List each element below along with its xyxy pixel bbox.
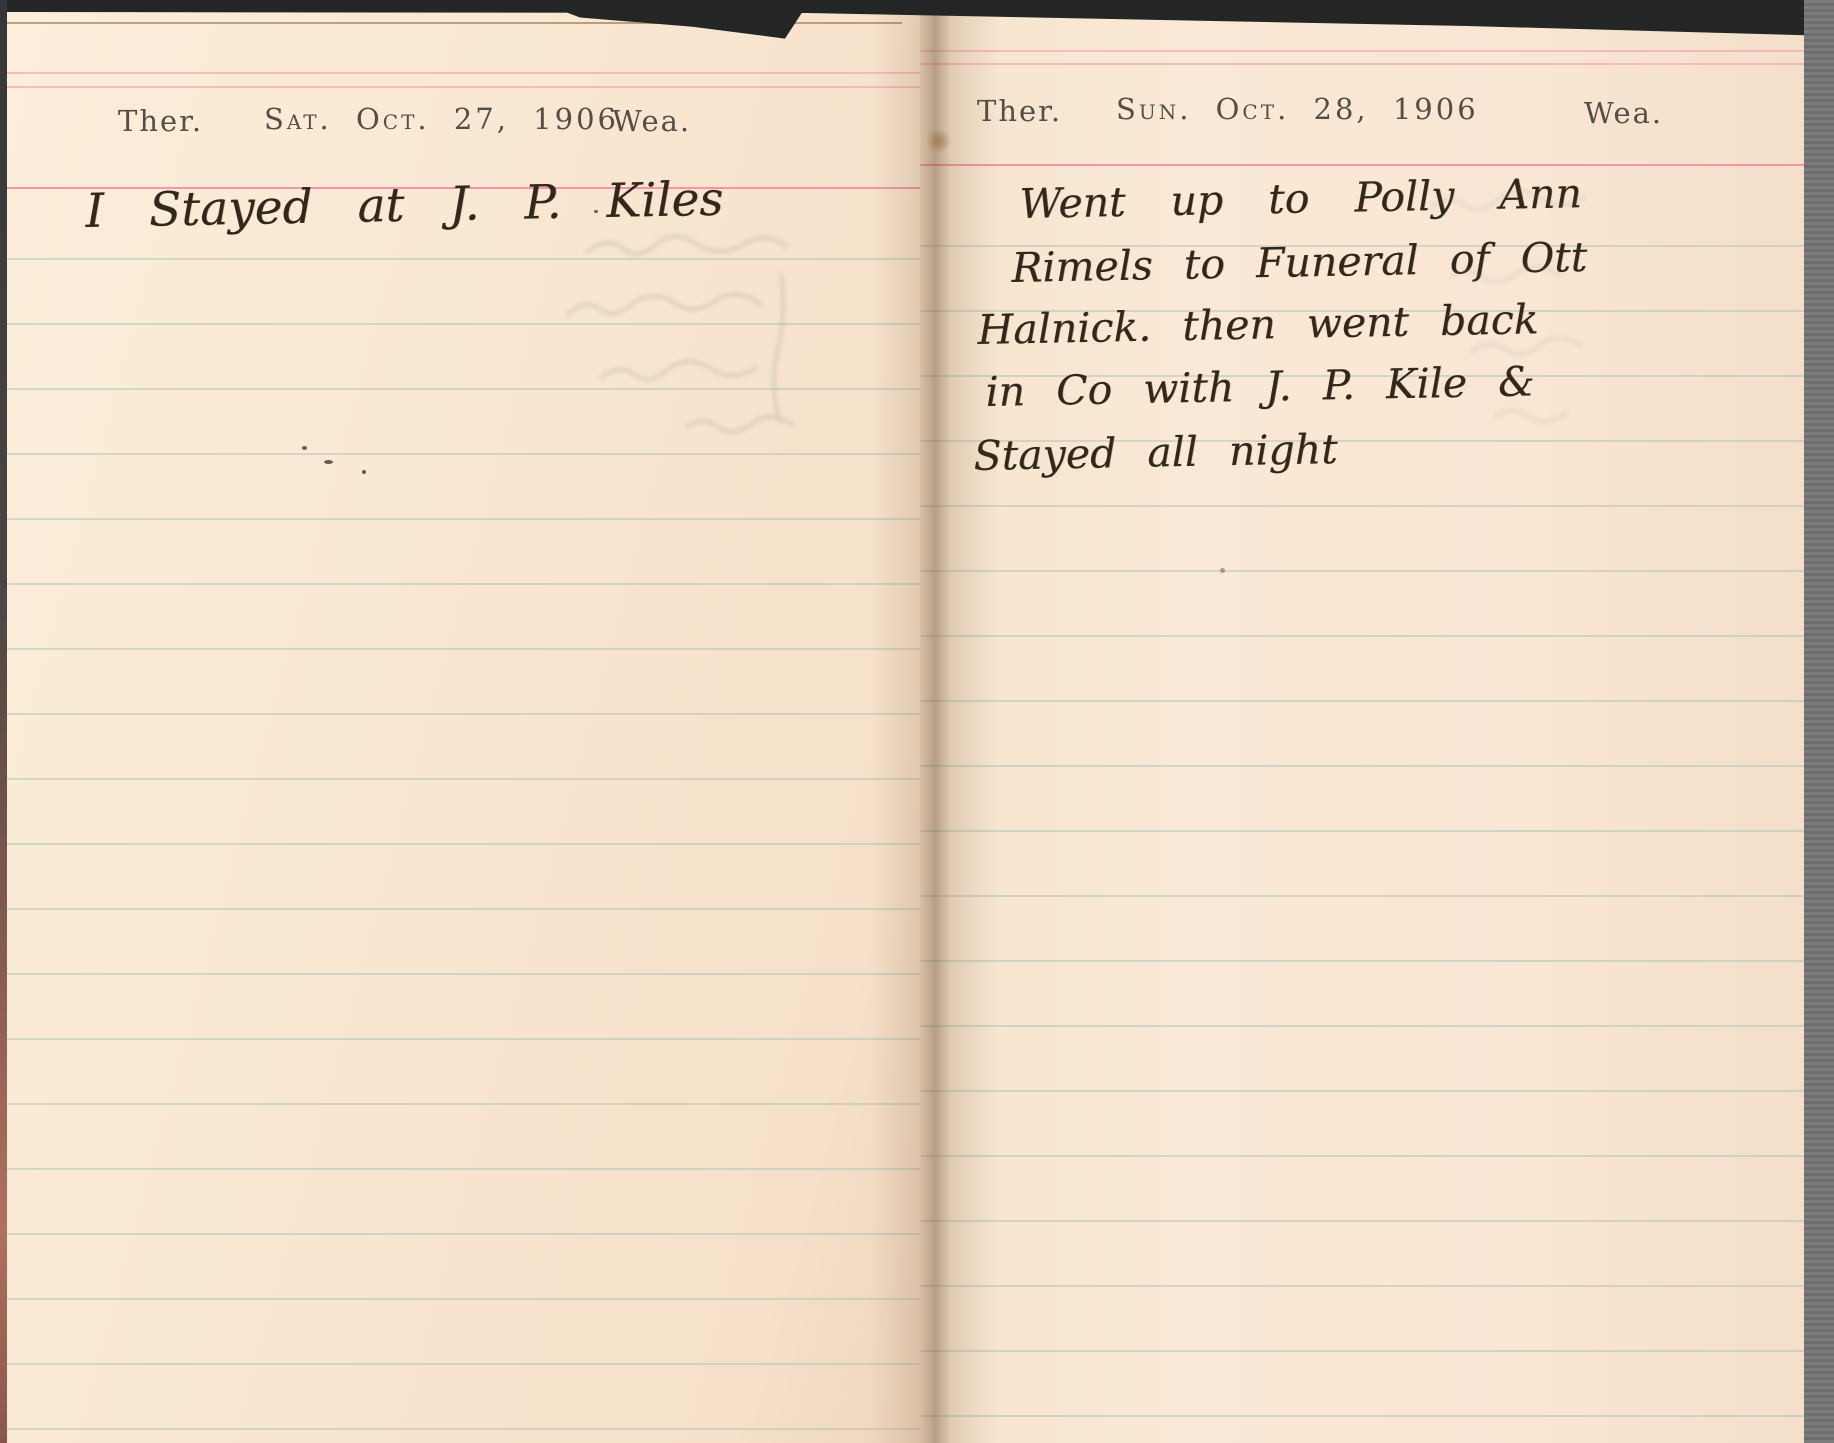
ruled-lines — [920, 245, 1804, 1443]
ink-bleed-through — [546, 213, 916, 483]
paper-speck — [1220, 568, 1225, 573]
diary-page-left: Ther. Sat. Oct. 27, 1906 Wea. I Stayed a… — [6, 8, 920, 1443]
diary-entry-line: Went up to Polly Ann — [1019, 169, 1582, 228]
pink-entry-rule — [920, 164, 1804, 166]
diary-entry-line: Rimels to Funeral of Ott — [1011, 233, 1587, 292]
paper-stain — [926, 128, 952, 154]
pink-head-rule-lower — [6, 86, 920, 88]
diary-entry-line: I Stayed at J. P. Kiles — [85, 172, 724, 239]
ruled-lines — [6, 258, 920, 1443]
ther-label: Ther. — [118, 104, 203, 138]
book-right-edge — [1804, 0, 1834, 1443]
diary-entry-line: Stayed all night — [973, 425, 1338, 480]
diary-entry-line: Halnick. then went back — [977, 295, 1539, 354]
ther-label: Ther. — [977, 94, 1062, 128]
wea-label: Wea. — [1584, 96, 1663, 130]
ink-speck — [302, 446, 307, 450]
page-date: Sat. Oct. 27, 1906 — [264, 102, 619, 136]
wea-label: Wea. — [612, 104, 691, 138]
book-left-edge — [0, 0, 7, 1443]
ink-speck — [362, 470, 366, 474]
page-date: Sun. Oct. 28, 1906 — [1116, 92, 1479, 126]
pink-head-rule-lower — [920, 63, 1804, 65]
pink-head-rule-upper — [920, 50, 1804, 52]
ink-speck — [324, 460, 333, 464]
diary-page-right: Ther. Sun. Oct. 28, 1906 Wea. Went up to… — [920, 8, 1804, 1443]
pink-head-rule-upper — [6, 72, 920, 74]
diary-scan: Ther. Sat. Oct. 27, 1906 Wea. I Stayed a… — [0, 0, 1834, 1443]
diary-entry-line: in Co with J. P. Kile & — [985, 357, 1535, 416]
